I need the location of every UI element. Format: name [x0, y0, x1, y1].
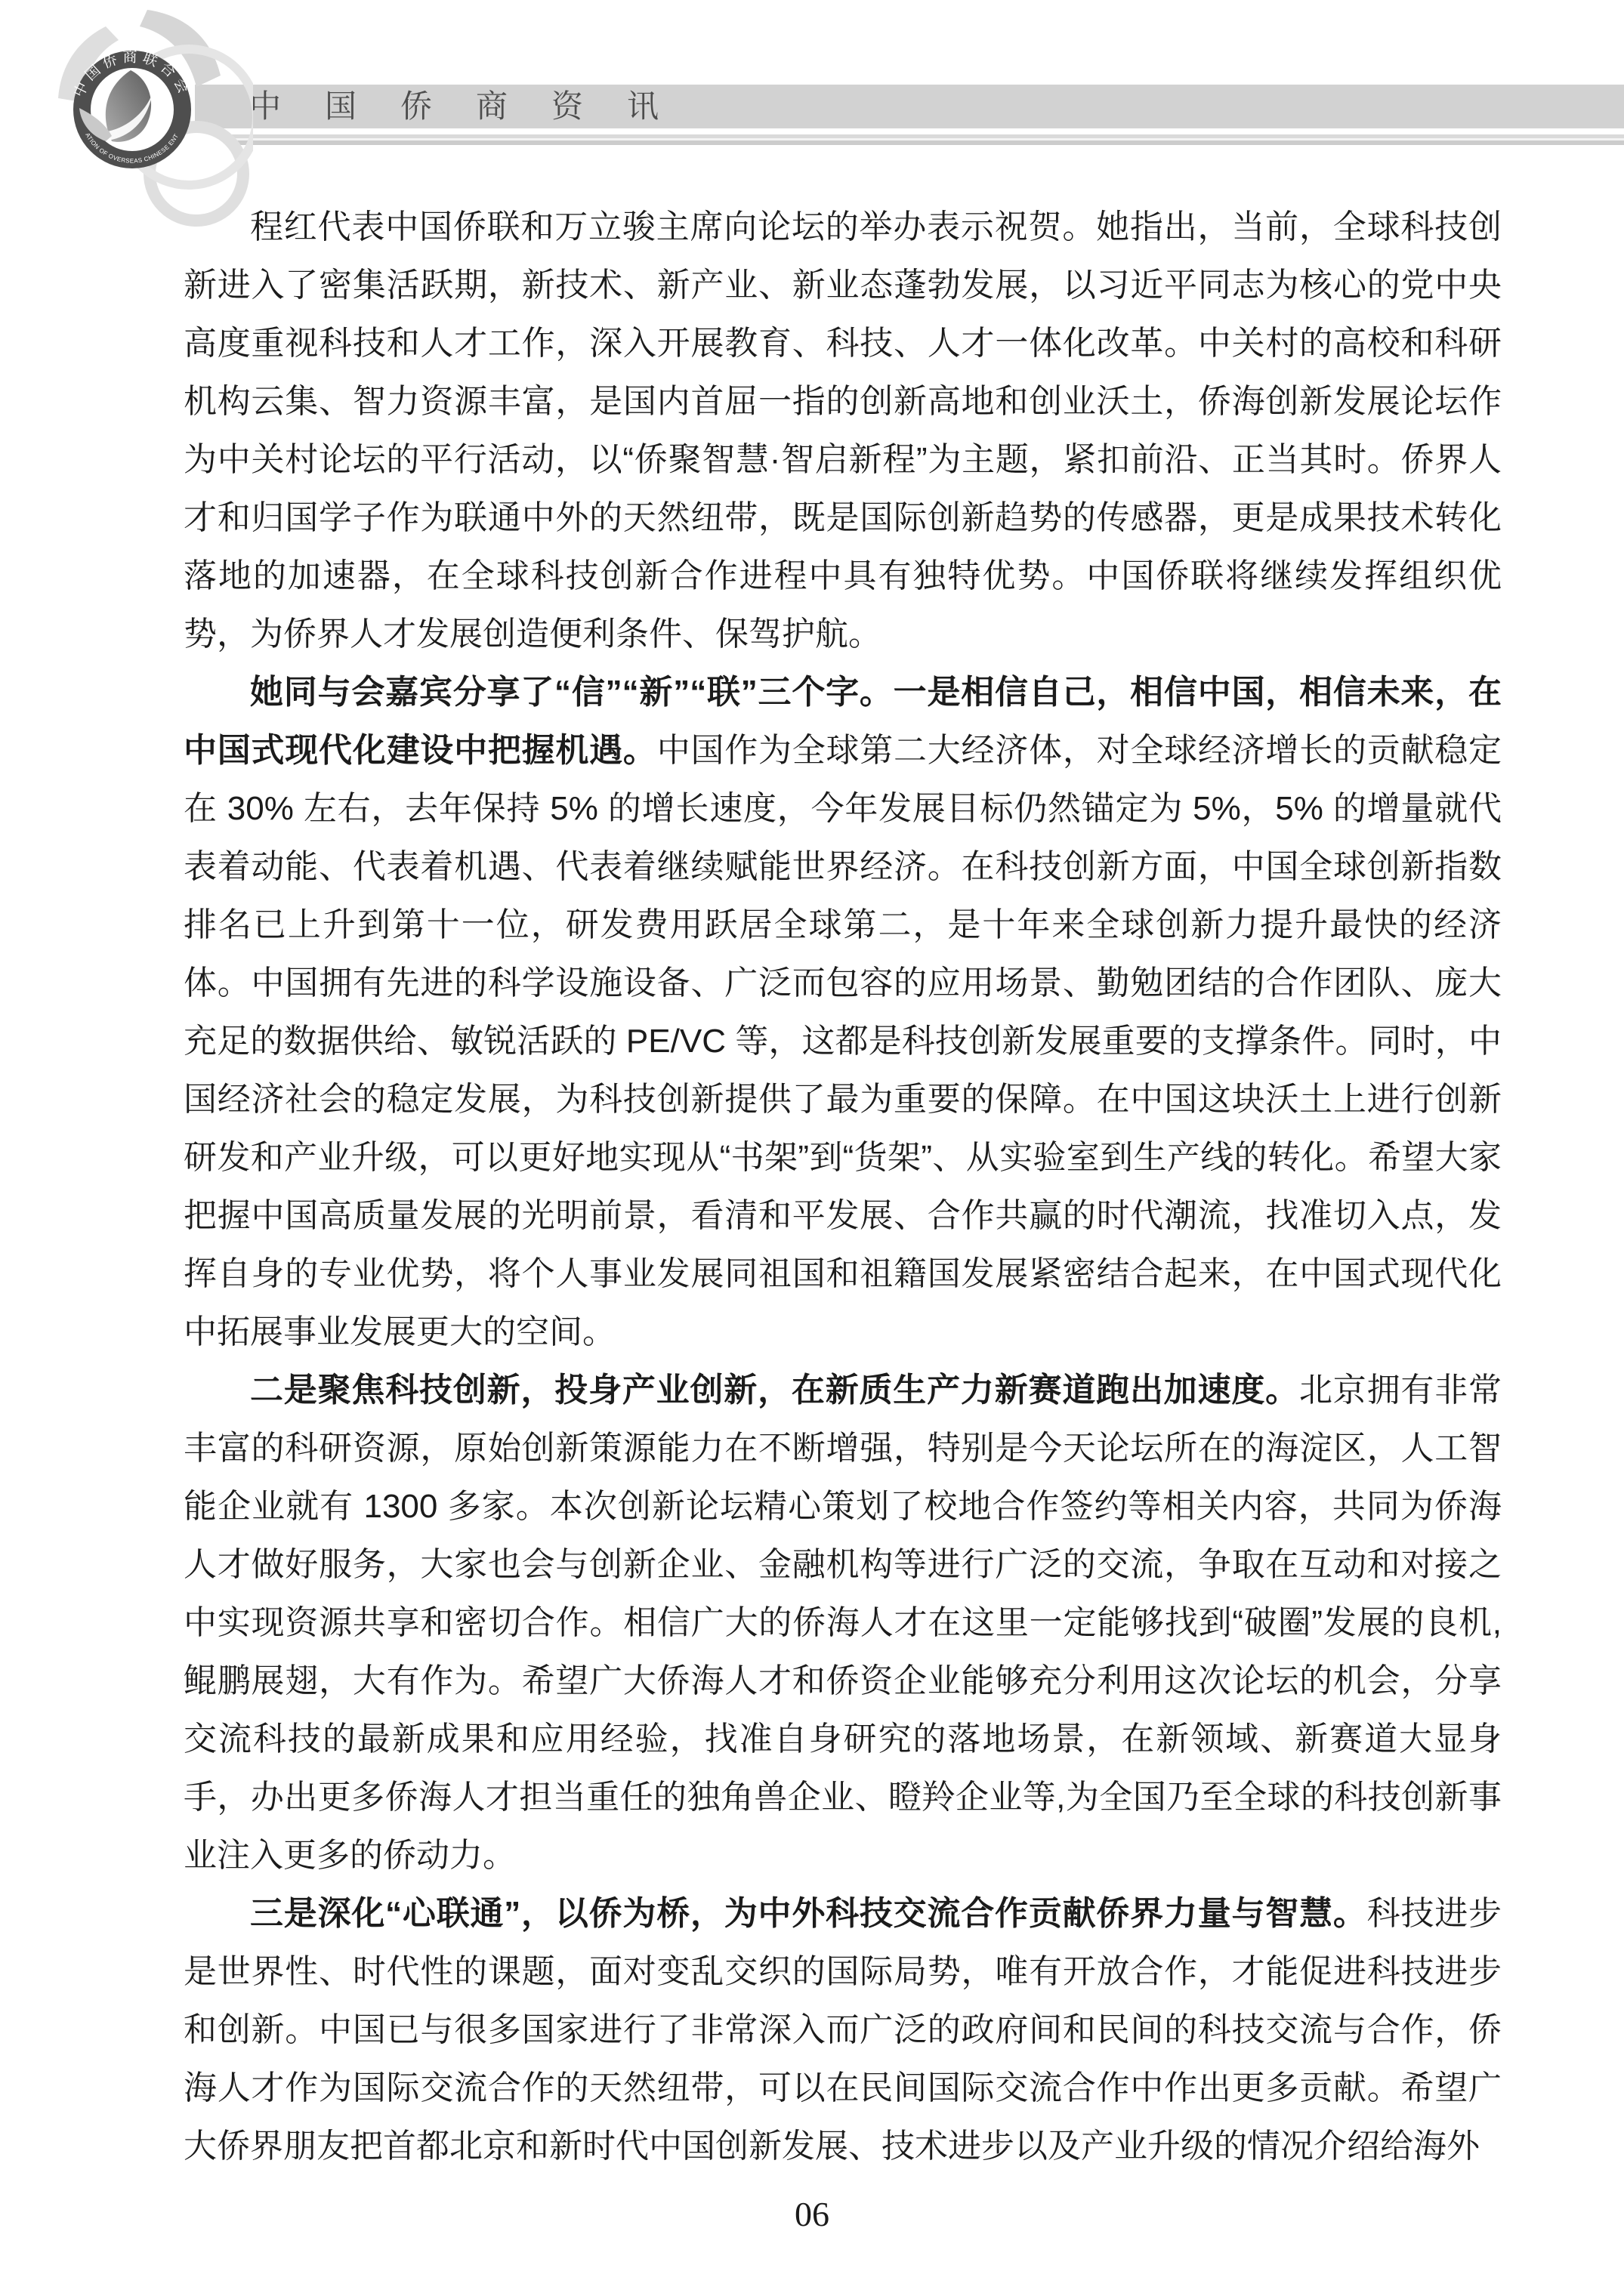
bold-lead-run: 三是深化“心联通”，以侨为桥，为中外科技交流合作贡献侨界力量与智慧。 — [250, 1895, 1367, 1932]
divider-stripe — [227, 140, 1624, 145]
cfoce-logo-icon: 中国侨商联合会 CHINA FEDERATION OF OVERSEAS CHI… — [34, 4, 253, 230]
magazine-page: { "header": { "banner_title": "中国侨商资讯", … — [0, 0, 1624, 2293]
header-divider — [227, 134, 1624, 145]
article-paragraph-4: 三是深化“心联通”，以侨为桥，为中外科技交流合作贡献侨界力量与智慧。科技进步是世… — [184, 1884, 1502, 2175]
text-run: 北京拥有非常丰富的科研资源，原始创新策源能力在不断增强，特别是今天论坛所在的海淀… — [184, 1372, 1502, 1874]
cfoce-logo: 中国侨商联合会 CHINA FEDERATION OF OVERSEAS CHI… — [34, 4, 253, 230]
text-run: 科技进步是世界性、时代性的课题，面对变乱交织的国际局势，唯有开放合作，才能促进科… — [184, 1895, 1502, 2165]
text-run: 程红代表中国侨联和万立骏主席向论坛的举办表示祝贺。她指出，当前，全球科技创新进入… — [184, 208, 1502, 653]
article-body: 程红代表中国侨联和万立骏主席向论坛的举办表示祝贺。她指出，当前，全球科技创新进入… — [184, 198, 1502, 2175]
article-paragraph-2: 她同与会嘉宾分享了“信”“新”“联”三个字。一是相信自己，相信中国，相信未来，在… — [184, 663, 1502, 1361]
text-run: 中国作为全球第二大经济体，对全球经济增长的贡献稳定在 30% 左右，去年保持 5… — [184, 732, 1502, 1350]
article-paragraph-3: 二是聚焦科技创新，投身产业创新，在新质生产力新赛道跑出加速度。北京拥有非常丰富的… — [184, 1361, 1502, 1884]
page-number: 06 — [0, 2194, 1624, 2234]
bold-lead-run: 二是聚焦科技创新，投身产业创新，在新质生产力新赛道跑出加速度。 — [250, 1372, 1299, 1409]
masthead-title: 中国侨商资讯 — [249, 85, 702, 128]
article-paragraph-1: 程红代表中国侨联和万立骏主席向论坛的举办表示祝贺。她指出，当前，全球科技创新进入… — [184, 198, 1502, 663]
